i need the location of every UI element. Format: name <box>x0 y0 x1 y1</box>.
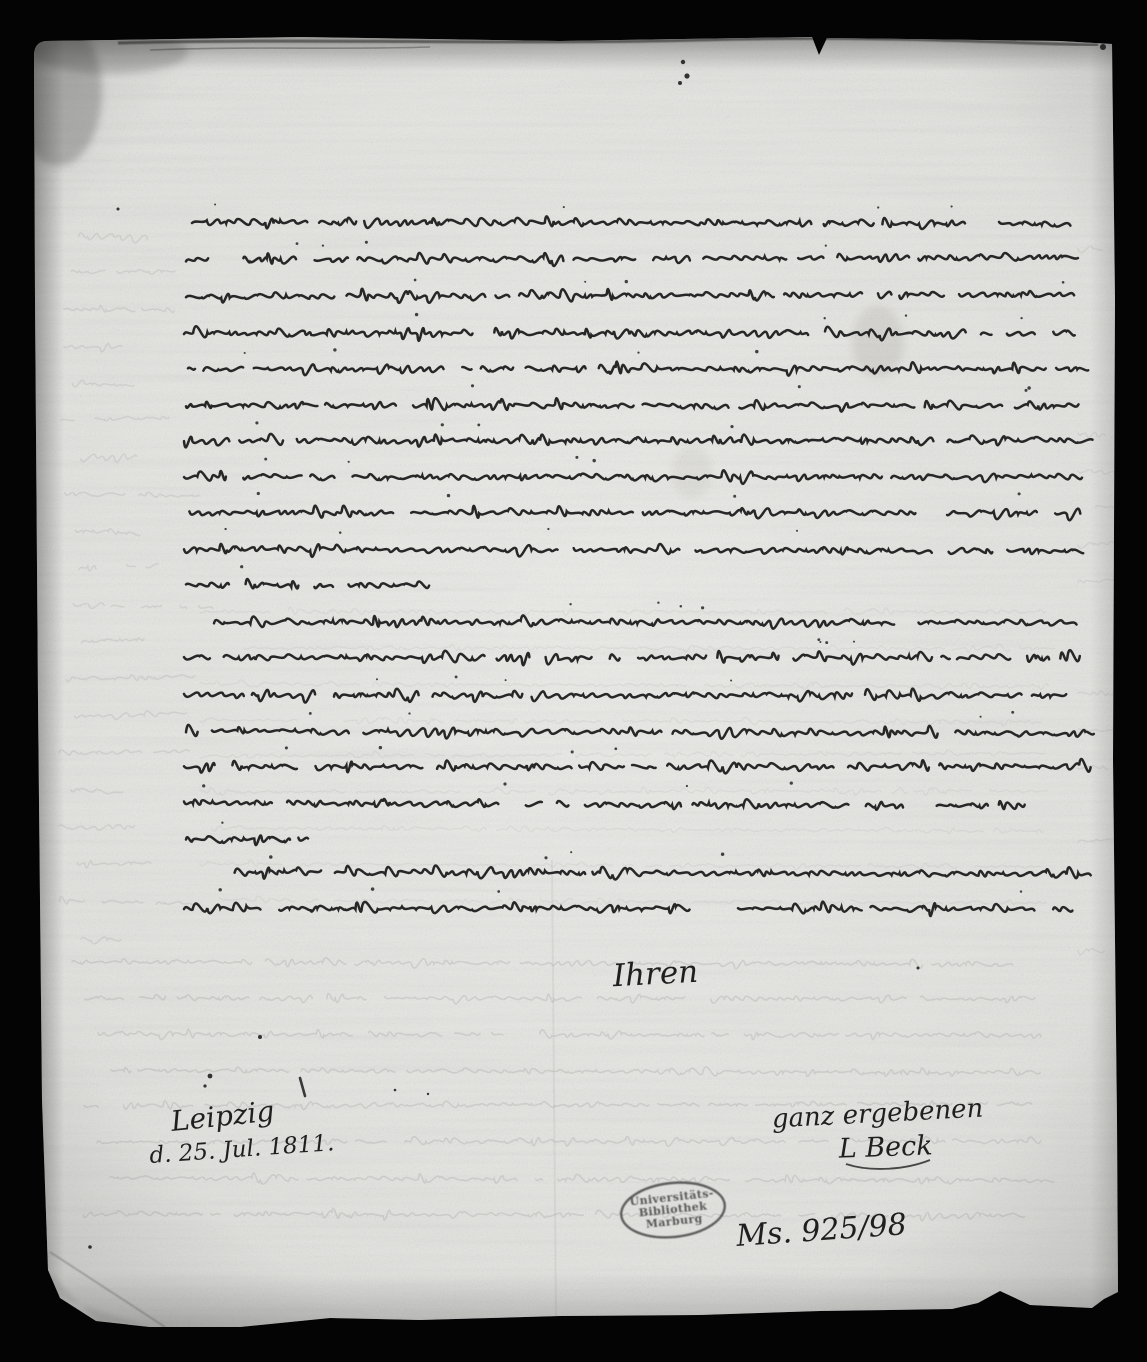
diacritic-dot <box>264 458 267 461</box>
diacritic-dot <box>285 746 288 749</box>
ink-speck <box>258 1035 262 1039</box>
diacritic-dot <box>625 280 628 283</box>
diacritic-dot <box>455 675 458 678</box>
diacritic-dot <box>686 785 688 787</box>
diacritic-dot <box>592 459 595 462</box>
diacritic-dot <box>1020 890 1022 892</box>
diacritic-dot <box>477 423 480 426</box>
ink-speck <box>208 1074 213 1079</box>
diacritic-dot <box>817 638 820 641</box>
ink-speck <box>88 1245 92 1249</box>
diacritic-dot <box>1025 389 1028 392</box>
diacritic-dot <box>221 822 223 824</box>
diacritic-dot <box>505 679 507 681</box>
diacritic-dot <box>798 385 801 388</box>
diacritic-dot <box>240 565 243 568</box>
ink-speck <box>678 81 682 85</box>
manuscript-letter-page: Ihren Leipzig d. 25. Jul. 1811. ganz erg… <box>0 0 1147 1362</box>
ink-speck <box>917 967 920 970</box>
diacritic-dot <box>824 317 826 319</box>
diacritic-dot <box>825 641 828 644</box>
diacritic-dot <box>218 888 221 891</box>
diacritic-dot <box>657 602 659 604</box>
diacritic-dot <box>214 203 216 205</box>
diacritic-dot <box>414 279 417 282</box>
diacritic-dot <box>1011 711 1014 714</box>
diacritic-dot <box>701 606 704 609</box>
ink-speck <box>394 1089 397 1092</box>
diacritic-dot <box>255 421 258 424</box>
diacritic-dot <box>447 494 450 497</box>
diacritic-dot <box>1020 317 1022 319</box>
ink-speck <box>427 1093 429 1095</box>
diacritic-dot <box>269 855 273 859</box>
diacritic-dot <box>257 492 260 495</box>
diacritic-dot <box>348 461 350 463</box>
diacritic-dot <box>371 887 374 890</box>
signature: L Beck <box>837 1130 933 1164</box>
diacritic-dot <box>333 348 336 351</box>
ink-speck <box>681 60 685 64</box>
diacritic-dot <box>570 851 572 853</box>
diacritic-dot <box>796 530 798 532</box>
diacritic-dot <box>408 712 410 714</box>
diacritic-dot <box>365 241 368 244</box>
diacritic-dot <box>951 205 953 207</box>
diacritic-dot <box>379 746 382 749</box>
diacritic-dot <box>733 495 736 498</box>
diacritic-dot <box>569 603 571 605</box>
ink-speck <box>684 73 689 78</box>
diacritic-dot <box>563 206 565 208</box>
diacritic-dot <box>547 528 549 530</box>
manuscript-scan: Ihren Leipzig d. 25. Jul. 1811. ganz erg… <box>0 0 1147 1362</box>
diacritic-dot <box>877 206 879 208</box>
diacritic-dot <box>544 856 547 859</box>
diacritic-dot <box>322 244 324 246</box>
diacritic-dot <box>244 352 246 354</box>
diacritic-dot <box>853 641 855 643</box>
diacritic-dot <box>730 679 732 681</box>
diacritic-dot <box>825 245 827 247</box>
diacritic-dot <box>721 852 724 855</box>
diacritic-dot <box>441 423 444 426</box>
diacritic-dot <box>730 425 733 428</box>
diacritic-dot <box>202 784 205 787</box>
diacritic-dot <box>980 716 982 718</box>
diacritic-dot <box>1027 386 1030 389</box>
diacritic-dot <box>309 712 312 715</box>
diacritic-dot <box>503 782 506 785</box>
diacritic-dot <box>296 242 299 245</box>
closing-salutation: Ihren <box>611 954 699 994</box>
diacritic-dot <box>905 314 907 316</box>
diacritic-dot <box>614 747 617 750</box>
diacritic-dot <box>497 890 500 893</box>
diacritic-dot <box>584 281 586 283</box>
diacritic-dot <box>575 456 578 459</box>
diacritic-dot <box>790 781 793 784</box>
diacritic-dot <box>376 678 378 680</box>
diacritic-dot <box>224 528 226 530</box>
diacritic-dot <box>680 605 683 608</box>
diacritic-dot <box>819 641 821 643</box>
diacritic-dot <box>415 313 418 316</box>
diacritic-dot <box>1062 281 1065 284</box>
diacritic-dot <box>571 750 574 753</box>
ink-speck <box>203 1084 206 1087</box>
diacritic-dot <box>1018 492 1021 495</box>
faint-stain <box>672 445 712 499</box>
diacritic-dot <box>339 531 342 534</box>
ink-speck <box>1100 44 1106 50</box>
ink-speck <box>117 208 120 211</box>
diacritic-dot <box>471 384 474 387</box>
diacritic-dot <box>637 351 639 353</box>
diacritic-dot <box>755 350 758 353</box>
